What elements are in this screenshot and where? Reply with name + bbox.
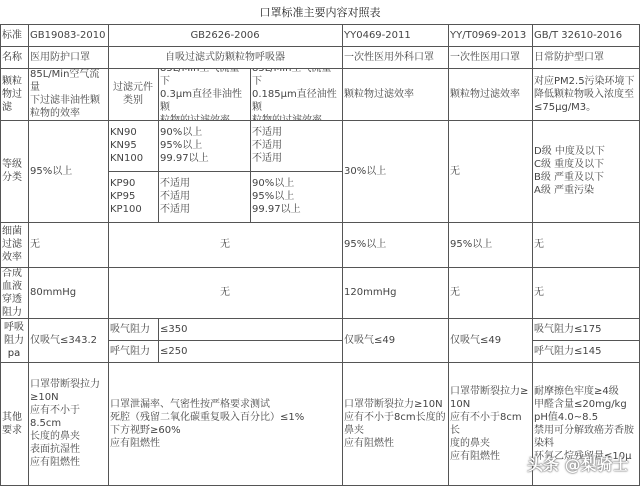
row-label-particle: 颗粒 物过 滤 bbox=[0, 68, 28, 120]
gb19083-particle: 85L/Min空气流量 下过滤非油性颗 粒物的效率 bbox=[28, 68, 108, 120]
grid-line bbox=[0, 24, 640, 25]
gb19083-name: 医用防护口罩 bbox=[28, 46, 108, 68]
gb19083-standard: GB19083-2010 bbox=[28, 24, 108, 46]
gb2626-category-label: 过滤元件 类别 bbox=[108, 68, 158, 120]
gb2626-kn-classes: KN90 KN95 KN100 bbox=[108, 120, 158, 171]
gb2626-inhale-value: ≤350 bbox=[158, 318, 342, 340]
row-label-standard: 标准 bbox=[0, 24, 28, 46]
yyt0969-grade: 无 bbox=[448, 120, 532, 222]
yyt0969-breath: 仅吸气≤49 bbox=[448, 318, 532, 362]
gbt32610-blood: 无 bbox=[532, 267, 640, 318]
row-label-name: 名称 bbox=[0, 46, 28, 68]
gbt32610-standard: GB/T 32610-2016 bbox=[532, 24, 640, 46]
grid-line bbox=[0, 120, 640, 121]
grid-line bbox=[532, 340, 640, 341]
yyt0969-blood: 无 bbox=[448, 267, 532, 318]
gb19083-grade: 95%以上 bbox=[28, 120, 108, 222]
yyt0969-other: 口罩带断裂拉力≥ 10N 应有不小于8cm长 度的鼻夹 应有阻燃性 bbox=[448, 362, 532, 485]
gb2626-bacteria: 无 bbox=[108, 222, 342, 267]
gbt32610-particle: 对应PM2.5污染环境下 降低颗粒物吸入浓度至 ≤75μg/M3。 bbox=[532, 68, 640, 120]
grid-line bbox=[0, 68, 640, 69]
yyt0969-standard: YY/T0969-2013 bbox=[448, 24, 532, 46]
table-title: 口罩标准主要内容对照表 bbox=[0, 4, 640, 20]
gbt32610-exhale: 呼气阻力≤145 bbox=[532, 340, 640, 362]
gb2626-particle-oil: 85L/Min空气流量下 0.185μm直径油性颗 粒物的过滤效率 bbox=[250, 68, 342, 120]
grid-line bbox=[158, 318, 159, 362]
grid-line bbox=[448, 24, 449, 486]
gb2626-kn-non-oil: 90%以上 95%以上 99.97以上 bbox=[158, 120, 250, 171]
yyt0969-name: 一次性医用口罩 bbox=[448, 46, 532, 68]
grid-line bbox=[108, 340, 342, 341]
row-label-blood: 合成 血液 穿透 阻力 bbox=[0, 267, 28, 318]
gb2626-other: 口罩泄漏率、气密性按严格要求测试 死腔（残留二氧化碳重复吸入百分比）≤1% 下方… bbox=[108, 362, 342, 485]
grid-line bbox=[28, 24, 29, 486]
gb2626-exhale-label: 呼气阻力 bbox=[108, 340, 158, 362]
row-label-breath: 呼吸 阻力 pa bbox=[0, 318, 28, 362]
gb2626-particle-non-oil: 85L/Min空气流量下 0.3μm直径非油性颗 粒物的过滤效率 bbox=[158, 68, 250, 120]
gb19083-blood: 80mmHg bbox=[28, 267, 108, 318]
row-label-other: 其他 要求 bbox=[0, 362, 28, 485]
gb2626-kp-non-oil: 不适用 不适用 不适用 bbox=[158, 171, 250, 222]
yy0469-other: 口罩带断裂拉力≥10N 应有不小于8cm长度的 鼻夹 应有阻燃性 bbox=[342, 362, 448, 485]
gb19083-breath: 仅吸气≤343.2 bbox=[28, 318, 108, 362]
gb2626-kp-oil: 90%以上 95%以上 99.97以上 bbox=[250, 171, 342, 222]
grid-line bbox=[108, 24, 109, 486]
grid-line bbox=[108, 171, 342, 172]
watermark: 头条 @梨骑士 bbox=[527, 452, 629, 475]
yyt0969-particle: 颗粒物过滤效率 bbox=[448, 68, 532, 120]
gb19083-bacteria: 无 bbox=[28, 222, 108, 267]
yy0469-standard: YY0469-2011 bbox=[342, 24, 448, 46]
yy0469-particle: 颗粒物过滤效率 bbox=[342, 68, 448, 120]
gb2626-exhale-value: ≤250 bbox=[158, 340, 342, 362]
grid-line bbox=[158, 68, 159, 222]
grid-line bbox=[0, 362, 640, 363]
gb2626-standard: GB2626-2006 bbox=[108, 24, 342, 46]
row-label-grade: 等级 分类 bbox=[0, 120, 28, 222]
grid-line bbox=[0, 267, 640, 268]
grid-line bbox=[250, 68, 251, 222]
grid-line bbox=[342, 24, 343, 486]
gbt32610-grade: D级 中度及以下 C级 重度及以下 B级 严重及以下 A级 严重污染 bbox=[532, 120, 640, 222]
gbt32610-bacteria: 无 bbox=[532, 222, 640, 267]
yy0469-breath: 仅吸气≤49 bbox=[342, 318, 448, 362]
gbt32610-name: 日常防护型口罩 bbox=[532, 46, 640, 68]
gb2626-kp-classes: KP90 KP95 KP100 bbox=[108, 171, 158, 222]
yy0469-blood: 120mmHg bbox=[342, 267, 448, 318]
gb19083-other: 口罩带断裂拉力 ≥10N 应有不小于8.5cm 长度的鼻夹 表面抗湿性 应有阻燃… bbox=[28, 362, 108, 485]
grid-line bbox=[532, 24, 533, 486]
gb2626-name: 自吸过滤式防颗粒物呼吸器 bbox=[108, 46, 342, 68]
grid-line bbox=[0, 24, 1, 486]
grid-line bbox=[0, 46, 640, 47]
gbt32610-inhale: 吸气阻力≤175 bbox=[532, 318, 640, 340]
yy0469-name: 一次性医用外科口罩 bbox=[342, 46, 448, 68]
gb2626-kn-oil: 不适用 不适用 不适用 bbox=[250, 120, 342, 171]
row-label-bacteria: 细菌 过滤 效率 bbox=[0, 222, 28, 267]
grid-line bbox=[0, 318, 640, 319]
grid-line bbox=[0, 222, 640, 223]
yy0469-grade: 30%以上 bbox=[342, 120, 448, 222]
yyt0969-bacteria: 95%以上 bbox=[448, 222, 532, 267]
gb2626-blood: 无 bbox=[108, 267, 342, 318]
gb2626-inhale-label: 吸气阻力 bbox=[108, 318, 158, 340]
yy0469-bacteria: 95%以上 bbox=[342, 222, 448, 267]
